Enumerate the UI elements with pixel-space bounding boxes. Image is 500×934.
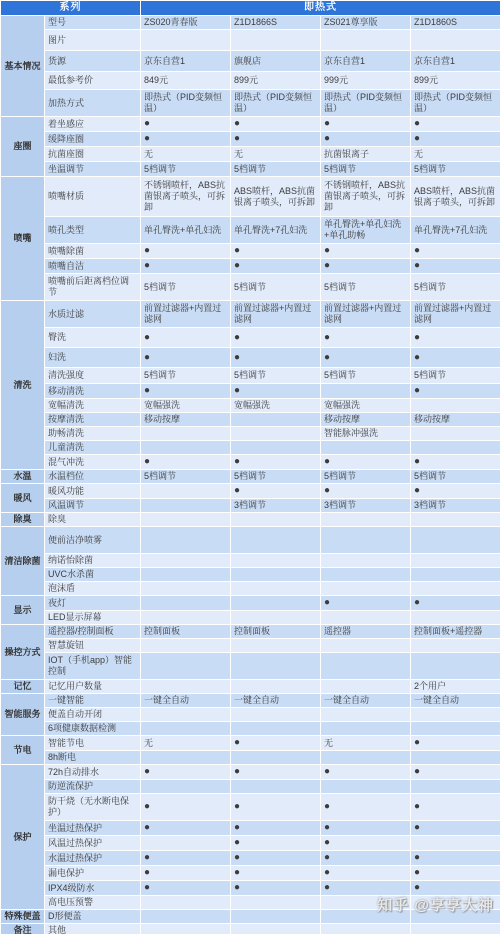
feature-value-cell <box>141 513 231 527</box>
feature-value-cell <box>141 611 231 625</box>
feature-dot: ● <box>141 384 231 399</box>
table-row: IPX4级防水●●●● <box>1 881 500 896</box>
feature-value-cell <box>231 910 321 924</box>
feature-value-cell <box>411 653 500 680</box>
table-row: 喷嘴自洁●●●● <box>1 259 500 274</box>
category-group-label: 节电 <box>1 736 45 765</box>
table-row: 纳诺怡除菌 <box>1 554 500 568</box>
table-row: 风温调节3档调节3档调节3档调节 <box>1 499 500 513</box>
table-row: 备注其他 <box>1 924 500 934</box>
feature-row-label: 喷孔类型 <box>45 217 141 244</box>
feature-row-label: 风温调节 <box>45 499 141 513</box>
feature-value-cell: 5档调节 <box>321 470 411 484</box>
feature-value-cell <box>411 582 500 596</box>
feature-value-cell <box>411 708 500 722</box>
table-row: IOT（手机app）智能控制 <box>1 653 500 680</box>
feature-value-cell <box>411 780 500 794</box>
feature-value-cell <box>231 896 321 910</box>
category-group-label: 智能服务 <box>1 694 45 736</box>
feature-value-cell: 宽幅强洗 <box>141 399 231 413</box>
feature-value-cell <box>411 513 500 527</box>
feature-row-label: 图片 <box>45 30 141 51</box>
feature-value-cell: 京东自营1 <box>141 51 231 72</box>
feature-value-cell <box>231 568 321 582</box>
feature-dot: ● <box>411 455 500 470</box>
feature-value-cell <box>141 484 231 499</box>
table-row: 加热方式即热式（PID变频恒温）即热式（PID变频恒温）即热式（PID变频恒温）… <box>1 90 500 117</box>
feature-value-cell <box>231 427 321 441</box>
feature-value-cell <box>141 910 231 924</box>
feature-value-cell <box>411 441 500 455</box>
comparison-sheet: 系列 即热式 基本情况型号ZS020青春版Z1D1866SZS021尊享版Z1D… <box>0 0 500 934</box>
feature-value-cell: 一键全自动 <box>411 694 500 708</box>
feature-value-cell <box>231 680 321 694</box>
feature-dot: ● <box>231 384 321 399</box>
feature-value-cell <box>321 568 411 582</box>
feature-dot: ● <box>321 117 411 132</box>
category-group-label: 基本情况 <box>1 16 45 117</box>
table-row: 喷嘴前后距离档位调节5档调节5档调节5档调节5档调节 <box>1 274 500 301</box>
feature-value-cell: 单孔臀洗+单孔妇洗+单孔助畅 <box>321 217 411 244</box>
feature-value-cell: 不锈钢喷杆，ABS抗菌银离子喷头，可拆卸 <box>321 177 411 217</box>
category-group-label: 显示 <box>1 596 45 625</box>
feature-dot: ● <box>411 866 500 881</box>
category-group-label: 特殊便盖 <box>1 910 45 924</box>
feature-value-cell: 移动按摩 <box>141 413 231 427</box>
feature-row-label: D形便盖 <box>45 910 141 924</box>
feature-row-label: UVC水杀菌 <box>45 568 141 582</box>
feature-row-label: 儿童清洗 <box>45 441 141 455</box>
feature-row-label: IPX4级防水 <box>45 881 141 896</box>
feature-row-label: 其他 <box>45 924 141 934</box>
feature-value-cell <box>231 611 321 625</box>
feature-row-label: 智能节电 <box>45 736 141 751</box>
feature-value-cell <box>141 780 231 794</box>
feature-value-cell <box>141 639 231 653</box>
feature-row-label: 防干烧（无水断电保护） <box>45 794 141 821</box>
feature-row-label: 型号 <box>45 16 141 30</box>
feature-dot: ● <box>411 117 500 132</box>
feature-value-cell <box>141 30 231 51</box>
feature-dot: ● <box>141 348 231 368</box>
feature-value-cell <box>231 513 321 527</box>
feature-row-label: 水质过滤 <box>45 301 141 328</box>
feature-dot: ● <box>321 132 411 147</box>
feature-row-label: 喷嘴材质 <box>45 177 141 217</box>
feature-dot: ● <box>411 881 500 896</box>
feature-dot: ● <box>141 328 231 348</box>
table-row: 记忆记忆用户数量2个用户 <box>1 680 500 694</box>
table-row: 漏电保护●●●● <box>1 866 500 881</box>
feature-value-cell <box>321 30 411 51</box>
feature-value-cell <box>321 780 411 794</box>
feature-value-cell <box>231 582 321 596</box>
feature-value-cell: 5档调节 <box>141 368 231 384</box>
feature-value-cell <box>411 722 500 736</box>
feature-row-label: 一键智能 <box>45 694 141 708</box>
feature-row-label: 妇洗 <box>45 348 141 368</box>
feature-value-cell: 一键全自动 <box>141 694 231 708</box>
category-group-label: 操控方式 <box>1 625 45 680</box>
feature-row-label: 最低参考价 <box>45 72 141 90</box>
table-row: 缓降座圈●●●● <box>1 132 500 147</box>
feature-value-cell: 5档调节 <box>231 368 321 384</box>
feature-value-cell: 5档调节 <box>411 470 500 484</box>
feature-row-label: 便前洁净喷雾 <box>45 527 141 554</box>
feature-value-cell <box>141 554 231 568</box>
feature-row-label: 纳诺怡除菌 <box>45 554 141 568</box>
feature-value-cell <box>141 924 231 934</box>
table-row: 喷嘴喷嘴材质不锈钢喷杆，ABS抗菌银离子喷头，可拆卸ABS喷杆，ABS抗菌银离子… <box>1 177 500 217</box>
feature-value-cell <box>141 751 231 765</box>
feature-value-cell <box>321 384 411 399</box>
feature-value-cell <box>141 499 231 513</box>
feature-value-cell: 5档调节 <box>231 470 321 484</box>
feature-row-label: 风温过热保护 <box>45 836 141 851</box>
feature-row-label: 抗菌座圈 <box>45 147 141 162</box>
series-header: 系列 <box>1 1 141 16</box>
feature-value-cell: 3档调节 <box>321 499 411 513</box>
feature-value-cell: ABS喷杆，ABS抗菌银离子喷头，可拆卸 <box>231 177 321 217</box>
feature-value-cell: 前置过滤器+内置过滤网 <box>141 301 231 328</box>
feature-value-cell: 控制面板+遥控器 <box>411 625 500 639</box>
feature-dot: ● <box>411 384 500 399</box>
category-group-label: 清洁除菌 <box>1 527 45 596</box>
feature-dot: ● <box>141 117 231 132</box>
feature-value-cell <box>411 399 500 413</box>
feature-value-cell: 移动按摩 <box>321 413 411 427</box>
feature-value-cell <box>231 441 321 455</box>
feature-value-cell: 5档调节 <box>411 368 500 384</box>
feature-dot: ● <box>321 836 411 851</box>
feature-row-label: 除臭 <box>45 513 141 527</box>
feature-dot: ● <box>411 328 500 348</box>
feature-row-label: 助畅清洗 <box>45 427 141 441</box>
table-header-row: 系列 即热式 <box>1 1 500 16</box>
table-row: 妇洗●●●● <box>1 348 500 368</box>
feature-dot: ● <box>141 851 231 866</box>
feature-value-cell <box>321 751 411 765</box>
table-row: UVC水杀菌 <box>1 568 500 582</box>
feature-dot: ● <box>321 794 411 821</box>
feature-value-cell <box>141 836 231 851</box>
feature-value-cell <box>411 924 500 934</box>
feature-value-cell <box>321 722 411 736</box>
feature-dot: ● <box>231 259 321 274</box>
feature-value-cell <box>321 910 411 924</box>
feature-value-cell: 前置过滤器+内置过滤网 <box>321 301 411 328</box>
feature-row-label: 水温档位 <box>45 470 141 484</box>
table-row: 暖风暖风功能●●● <box>1 484 500 499</box>
table-row: 移动清洗●●● <box>1 384 500 399</box>
feature-dot: ● <box>321 455 411 470</box>
feature-row-label: 记忆用户数量 <box>45 680 141 694</box>
feature-value-cell <box>321 639 411 653</box>
feature-dot: ● <box>231 794 321 821</box>
feature-dot: ● <box>231 117 321 132</box>
feature-value-cell <box>411 751 500 765</box>
feature-row-label: 混气冲洗 <box>45 455 141 470</box>
feature-value-cell <box>231 596 321 611</box>
table-row: 保护72h自动排水●●●● <box>1 765 500 780</box>
feature-value-cell <box>411 611 500 625</box>
feature-value-cell: 即热式（PID变频恒温） <box>231 90 321 117</box>
feature-dot: ● <box>321 851 411 866</box>
feature-value-cell: 849元 <box>141 72 231 90</box>
feature-value-cell <box>321 582 411 596</box>
feature-dot: ● <box>321 244 411 259</box>
feature-row-label: 喷嘴自洁 <box>45 259 141 274</box>
feature-dot: ● <box>231 328 321 348</box>
feature-row-label: 货源 <box>45 51 141 72</box>
feature-row-label: 防逆流保护 <box>45 780 141 794</box>
feature-dot: ● <box>411 259 500 274</box>
feature-value-cell: 前置过滤器+内置过滤网 <box>411 301 500 328</box>
category-group-label: 除臭 <box>1 513 45 527</box>
table-row: 8h断电 <box>1 751 500 765</box>
feature-value-cell: 抗菌银离子 <box>321 147 411 162</box>
feature-value-cell <box>141 582 231 596</box>
table-row: 风温过热保护●● <box>1 836 500 851</box>
category-group-label: 暖风 <box>1 484 45 513</box>
feature-value-cell: 5档调节 <box>321 368 411 384</box>
feature-value-cell: 宽幅强洗 <box>231 399 321 413</box>
category-group-label: 备注 <box>1 924 45 934</box>
feature-row-label: 6项健康数据检测 <box>45 722 141 736</box>
table-row: 最低参考价849元899元999元899元 <box>1 72 500 90</box>
feature-row-label: 夜灯 <box>45 596 141 611</box>
feature-value-cell <box>411 568 500 582</box>
feature-value-cell <box>411 554 500 568</box>
feature-value-cell: 3档调节 <box>231 499 321 513</box>
category-group-label: 座圈 <box>1 117 45 177</box>
feature-value-cell <box>321 924 411 934</box>
feature-value-cell: 不锈钢喷杆，ABS抗菌银离子喷头，可拆卸 <box>141 177 231 217</box>
feature-dot: ● <box>231 866 321 881</box>
table-row: 高电压预警 <box>1 896 500 910</box>
feature-row-label: 泡沫盾 <box>45 582 141 596</box>
feature-dot: ● <box>321 348 411 368</box>
feature-value-cell <box>321 513 411 527</box>
feature-value-cell: 5档调节 <box>141 274 231 301</box>
table-row: LED显示屏幕 <box>1 611 500 625</box>
feature-value-cell <box>231 639 321 653</box>
feature-row-label: 遥控器/控制面板 <box>45 625 141 639</box>
feature-value-cell: 5档调节 <box>411 274 500 301</box>
feature-row-label: LED显示屏幕 <box>45 611 141 625</box>
feature-row-label: IOT（手机app）智能控制 <box>45 653 141 680</box>
table-row: 除臭除臭 <box>1 513 500 527</box>
feature-value-cell: 5档调节 <box>141 162 231 177</box>
table-row: 坐温调节5档调节5档调节5档调节5档调节 <box>1 162 500 177</box>
feature-dot: ● <box>321 881 411 896</box>
table-row: 混气冲洗●●●● <box>1 455 500 470</box>
heating-type-header: 即热式 <box>141 1 500 16</box>
feature-dot: ● <box>141 866 231 881</box>
feature-value-cell: 5档调节 <box>321 274 411 301</box>
feature-dot: ● <box>141 821 231 836</box>
feature-row-label: 高电压预警 <box>45 896 141 910</box>
feature-value-cell: 旗舰店 <box>231 51 321 72</box>
feature-dot: ● <box>231 132 321 147</box>
feature-value-cell <box>321 708 411 722</box>
feature-value-cell <box>321 554 411 568</box>
feature-value-cell: 单孔臀洗+7孔妇洗 <box>231 217 321 244</box>
feature-dot: ● <box>231 881 321 896</box>
feature-value-cell <box>141 568 231 582</box>
feature-dot: ● <box>231 455 321 470</box>
feature-value-cell: ABS喷杆，ABS抗菌银离子喷头，可拆卸 <box>411 177 500 217</box>
table-row: 防干烧（无水断电保护）●●●● <box>1 794 500 821</box>
feature-dot: ● <box>321 328 411 348</box>
feature-value-cell <box>141 596 231 611</box>
feature-value-cell <box>321 441 411 455</box>
feature-row-label: 缓降座圈 <box>45 132 141 147</box>
feature-dot: ● <box>231 736 321 751</box>
feature-value-cell: 5档调节 <box>411 162 500 177</box>
feature-dot: ● <box>411 736 500 751</box>
table-row: 特殊便盖D形便盖 <box>1 910 500 924</box>
feature-value-cell <box>141 722 231 736</box>
feature-dot: ● <box>231 484 321 499</box>
table-row: 水温过热保护●●●● <box>1 851 500 866</box>
feature-value-cell <box>411 896 500 910</box>
feature-value-cell <box>231 554 321 568</box>
feature-value-cell <box>141 527 231 554</box>
feature-value-cell: 5档调节 <box>321 162 411 177</box>
table-row: 操控方式遥控器/控制面板控制面板控制面板遥控器控制面板+遥控器 <box>1 625 500 639</box>
feature-value-cell: 控制面板 <box>141 625 231 639</box>
feature-value-cell: 宽幅强洗 <box>321 399 411 413</box>
feature-dot: ● <box>411 484 500 499</box>
feature-value-cell: 2个用户 <box>411 680 500 694</box>
feature-value-cell <box>141 680 231 694</box>
feature-value-cell: 无 <box>231 147 321 162</box>
feature-row-label: 便盖自动开闭 <box>45 708 141 722</box>
feature-value-cell <box>141 427 231 441</box>
feature-value-cell: 遥控器 <box>321 625 411 639</box>
feature-dot: ● <box>321 765 411 780</box>
feature-value-cell: 京东自营1 <box>411 51 500 72</box>
feature-dot: ● <box>411 348 500 368</box>
feature-value-cell <box>411 30 500 51</box>
feature-value-cell: 5档调节 <box>231 162 321 177</box>
table-row: 图片 <box>1 30 500 51</box>
feature-dot: ● <box>321 259 411 274</box>
feature-dot: ● <box>321 866 411 881</box>
feature-value-cell <box>231 708 321 722</box>
feature-value-cell: 移动按摩 <box>411 413 500 427</box>
feature-row-label: 8h断电 <box>45 751 141 765</box>
feature-value-cell <box>231 30 321 51</box>
table-row: 智慧旋钮 <box>1 639 500 653</box>
table-row: 6项健康数据检测 <box>1 722 500 736</box>
category-group-label: 保护 <box>1 765 45 910</box>
table-row: 货源京东自营1旗舰店京东自营1京东自营1 <box>1 51 500 72</box>
table-row: 喷孔类型单孔臀洗+单孔妇洗单孔臀洗+7孔妇洗单孔臀洗+单孔妇洗+单孔助畅单孔臀洗… <box>1 217 500 244</box>
feature-value-cell: 3档调节 <box>411 499 500 513</box>
table-row: 泡沫盾 <box>1 582 500 596</box>
feature-value-cell: 无 <box>141 736 231 751</box>
feature-value-cell <box>141 708 231 722</box>
feature-dot: ● <box>141 794 231 821</box>
feature-value-cell <box>141 896 231 910</box>
table-row: 坐温过热保护●●●● <box>1 821 500 836</box>
feature-row-label: 着坐感应 <box>45 117 141 132</box>
feature-value-cell <box>411 836 500 851</box>
table-row: 智能服务一键智能一键全自动一键全自动一键全自动一键全自动 <box>1 694 500 708</box>
feature-value-cell: 5档调节 <box>231 274 321 301</box>
feature-dot: ● <box>411 596 500 611</box>
feature-dot: ● <box>231 765 321 780</box>
feature-row-label: 72h自动排水 <box>45 765 141 780</box>
feature-row-label: 清洗强度 <box>45 368 141 384</box>
table-row: 清洗水质过滤前置过滤器+内置过滤网前置过滤器+内置过滤网前置过滤器+内置过滤网前… <box>1 301 500 328</box>
feature-value-cell: Z1D1866S <box>231 16 321 30</box>
feature-value-cell <box>321 680 411 694</box>
table-row: 臀洗●●●● <box>1 328 500 348</box>
feature-value-cell: 一键全自动 <box>231 694 321 708</box>
feature-value-cell <box>141 653 231 680</box>
category-group-label: 水温 <box>1 470 45 484</box>
feature-dot: ● <box>231 836 321 851</box>
feature-dot: ● <box>141 259 231 274</box>
feature-row-label: 智慧旋钮 <box>45 639 141 653</box>
feature-dot: ● <box>141 881 231 896</box>
table-row: 显示夜灯●● <box>1 596 500 611</box>
table-row: 喷嘴除菌●●●● <box>1 244 500 259</box>
feature-value-cell: 无 <box>411 147 500 162</box>
feature-dot: ● <box>141 765 231 780</box>
feature-value-cell <box>231 751 321 765</box>
table-row: 水温水温档位5档调节5档调节5档调节5档调节 <box>1 470 500 484</box>
table-row: 座圈着坐感应●●●● <box>1 117 500 132</box>
feature-dot: ● <box>411 851 500 866</box>
feature-row-label: 宽幅清洗 <box>45 399 141 413</box>
category-group-label: 清洗 <box>1 301 45 470</box>
feature-dot: ● <box>411 794 500 821</box>
feature-row-label: 坐温过热保护 <box>45 821 141 836</box>
feature-value-cell: 即热式（PID变频恒温） <box>321 90 411 117</box>
feature-value-cell <box>321 527 411 554</box>
feature-value-cell: ZS020青春版 <box>141 16 231 30</box>
table-row: 便盖自动开闭 <box>1 708 500 722</box>
feature-dot: ● <box>411 821 500 836</box>
feature-row-label: 喷嘴前后距离档位调节 <box>45 274 141 301</box>
feature-value-cell: 899元 <box>411 72 500 90</box>
feature-value-cell <box>321 611 411 625</box>
feature-value-cell <box>231 722 321 736</box>
feature-dot: ● <box>231 244 321 259</box>
feature-value-cell: 前置过滤器+内置过滤网 <box>231 301 321 328</box>
table-row: 防逆流保护 <box>1 780 500 794</box>
feature-value-cell <box>411 910 500 924</box>
feature-value-cell: 即热式（PID变频恒温） <box>141 90 231 117</box>
feature-value-cell <box>411 527 500 554</box>
feature-value-cell: Z1D1860S <box>411 16 500 30</box>
table-row: 助畅清洗智能脉冲强洗 <box>1 427 500 441</box>
feature-dot: ● <box>321 596 411 611</box>
feature-row-label: 漏电保护 <box>45 866 141 881</box>
feature-value-cell <box>141 441 231 455</box>
feature-dot: ● <box>321 484 411 499</box>
feature-dot: ● <box>231 348 321 368</box>
table-row: 清洗强度5档调节5档调节5档调节5档调节 <box>1 368 500 384</box>
feature-dot: ● <box>141 455 231 470</box>
feature-dot: ● <box>141 244 231 259</box>
feature-row-label: 加热方式 <box>45 90 141 117</box>
table-row: 基本情况型号ZS020青春版Z1D1866SZS021尊享版Z1D1860S <box>1 16 500 30</box>
